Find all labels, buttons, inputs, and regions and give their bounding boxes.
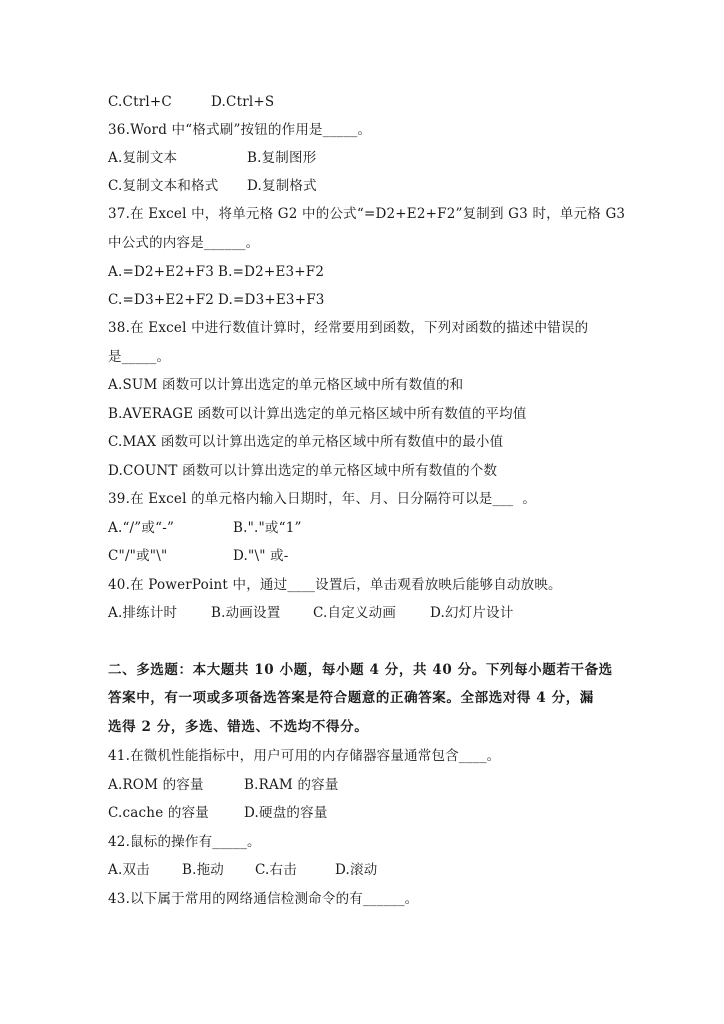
q37-option-a: A.=D2+E2+F3	[108, 262, 214, 282]
q39-option-d: D."\" 或-	[233, 546, 289, 566]
section2-heading-line3: 选得 2 分，多选、错选、不选均不得分。	[108, 717, 368, 737]
q36-option-d: D.复制格式	[247, 176, 317, 196]
q42-stem: 42.鼠标的操作有_____。	[108, 832, 261, 852]
q40-option-d: D.幻灯片设计	[430, 603, 514, 623]
section2-heading-line1: 二、多选题：本大题共 10 小题，每小题 4 分，共 40 分。下列每小题若干备…	[108, 660, 613, 680]
q36-option-b: B.复制图形	[247, 148, 316, 168]
q35-option-d: D.Ctrl+S	[211, 92, 274, 112]
q40-stem: 40.在 PowerPoint 中，通过____设置后，单击观看放映后能够自动放…	[108, 575, 562, 595]
q35-option-c: C.Ctrl+C	[108, 92, 172, 112]
section2-heading-line2: 答案中，有一项或多项备选答案是符合题意的正确答案。全部选对得 4 分，漏	[108, 688, 594, 708]
q37-option-d: D.=D3+E3+F3	[218, 290, 325, 310]
q41-option-a: A.ROM 的容量	[108, 775, 204, 795]
q38-stem-line1: 38.在 Excel 中进行数值计算时，经常要用到函数，下列对函数的描述中错误的	[108, 318, 588, 338]
q39-option-a: A.“/”或“-”	[108, 518, 174, 538]
q41-stem: 41.在微机性能指标中，用户可用的内存储器容量通常包含____。	[108, 746, 500, 766]
q42-option-b: B.拖动	[182, 860, 224, 880]
q38-option-d: D.COUNT 函数可以计算出选定的单元格区域中所有数值的个数	[108, 461, 497, 481]
q38-option-a: A.SUM 函数可以计算出选定的单元格区域中所有数值的和	[108, 375, 463, 395]
q38-option-b: B.AVERAGE 函数可以计算出选定的单元格区域中所有数值的平均值	[108, 404, 527, 424]
q38-stem-line2: 是_____。	[108, 347, 170, 367]
q40-option-a: A.排练计时	[108, 603, 177, 623]
q43-stem: 43.以下属于常用的网络通信检测命令的有______。	[108, 889, 418, 909]
q41-option-d: D.硬盘的容量	[244, 803, 328, 823]
q37-option-b: B.=D2+E3+F2	[218, 262, 324, 282]
q39-option-b: B."."或“1”	[233, 518, 302, 538]
q36-option-a: A.复制文本	[108, 148, 177, 168]
q39-option-c: C"/"或"\"	[108, 546, 167, 566]
q42-option-c: C.右击	[255, 860, 297, 880]
q37-stem-line1: 37.在 Excel 中，将单元格 G2 中的公式“=D2+E2+F2”复制到 …	[108, 204, 625, 224]
q36-option-c: C.复制文本和格式	[108, 176, 218, 196]
q36-stem: 36.Word 中“格式刷”按钮的作用是_____。	[108, 120, 371, 140]
q37-option-c: C.=D3+E2+F2	[108, 290, 214, 310]
q41-option-c: C.cache 的容量	[108, 803, 209, 823]
q38-option-c: C.MAX 函数可以计算出选定的单元格区域中所有数值中的最小值	[108, 432, 503, 452]
q42-option-d: D.滚动	[335, 860, 377, 880]
q42-option-a: A.双击	[108, 860, 150, 880]
q37-stem-line2: 中公式的内容是______。	[108, 233, 259, 253]
q41-option-b: B.RAM 的容量	[244, 775, 339, 795]
q39-stem: 39.在 Excel 的单元格内输入日期时，年、月、日分隔符可以是___ 。	[108, 489, 536, 509]
q40-option-c: C.自定义动画	[313, 603, 396, 623]
document-page: C.Ctrl+C D.Ctrl+S 36.Word 中“格式刷”按钮的作用是__…	[0, 0, 724, 1024]
q40-option-b: B.动画设置	[211, 603, 280, 623]
